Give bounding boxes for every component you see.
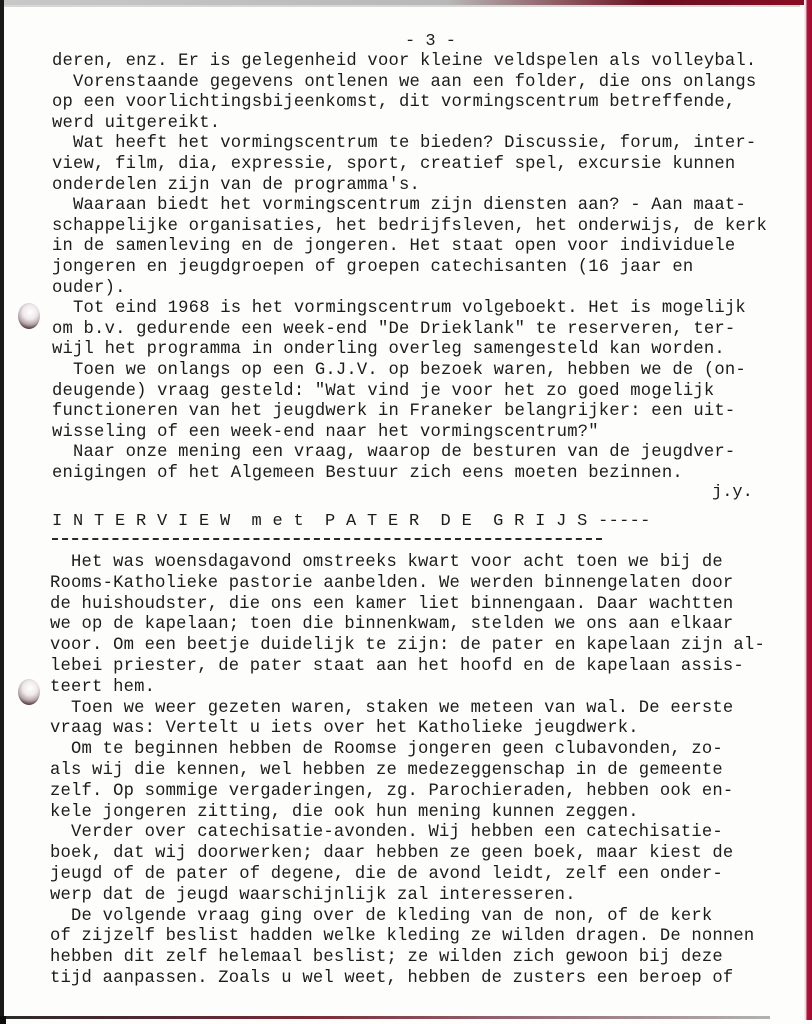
text-line: de huishoudster, die ons een kamer liet …: [50, 595, 733, 615]
text-line: deugende) vraag gesteld: "Wat vind je vo…: [52, 382, 714, 402]
text-line: jongeren en jeugdgroepen of groepen cate…: [52, 258, 693, 278]
text-line: schappelijke organisaties, het bedrijfsl…: [52, 217, 767, 237]
text-line: hebben dit zelf helemaal beslist; ze wil…: [50, 948, 723, 968]
text-line: of zijzelf beslist hadden welke kleding …: [50, 927, 754, 947]
page-number: - 3 -: [405, 32, 456, 51]
text-line: lebei priester, de pater staat aan het h…: [50, 657, 744, 677]
text-line: deren, enz. Er is gelegenheid voor klein…: [52, 52, 756, 72]
text-line: Om te beginnen hebben de Roomse jongeren…: [50, 740, 723, 760]
text-line: vraag was: Vertelt u iets over het Katho…: [50, 719, 639, 739]
text-line: kele jongeren zitting, die ook hun menin…: [50, 803, 639, 823]
bottom-page-edge: [0, 1016, 770, 1019]
text-line: Toen we onlangs op een G.J.V. op bezoek …: [52, 361, 746, 381]
text-line: op een voorlichtingsbijeenkomst, dit vor…: [52, 93, 735, 113]
text-line: enigingen of het Algemeen Bestuur zich e…: [52, 464, 683, 484]
text-line: Toen we weer gezeten waren, staken we me…: [50, 699, 733, 719]
text-line: teert hem.: [50, 678, 155, 698]
text-line: ouder).: [52, 279, 126, 299]
text-line: Wat heeft het vormingscentrum te bieden?…: [52, 134, 756, 154]
text-line: in de samenleving en de jongeren. Het st…: [52, 237, 735, 257]
bottom-left-corner: [0, 1016, 6, 1024]
red-binder-edge: [804, 0, 812, 1020]
document-page: - 3 - deren, enz. Er is gelegenheid voor…: [0, 0, 812, 1024]
section-heading: I N T E R V I E W m e t P A T E R D E G …: [52, 512, 651, 531]
text-line: Naar onze mening een vraag, waarop de be…: [52, 443, 735, 463]
text-line: Waaraan biedt het vormingscentrum zijn d…: [52, 196, 746, 216]
left-page-edge: [0, 0, 4, 1024]
text-line: De volgende vraag ging over de kleding v…: [50, 907, 712, 927]
punch-hole-icon: [18, 303, 40, 329]
text-line: functioneren van het jeugdwerk in Franek…: [52, 402, 735, 422]
text-line: tijd aanpassen. Zoals u wel weet, hebben…: [50, 969, 733, 989]
text-line: onderdelen zijn van de programma's.: [52, 176, 420, 196]
text-line: als wij die kennen, wel hebben ze medeze…: [50, 761, 723, 781]
text-line: Het was woensdagavond omstreeks kwart vo…: [50, 553, 723, 573]
top-page-shadow: [0, 5, 800, 7]
text-line: werp dat de jeugd waarschijnlijk zal int…: [50, 886, 576, 906]
text-line: Verder over catechisatie-avonden. Wij he…: [50, 823, 723, 843]
author-signature: j.y.: [712, 483, 753, 502]
text-line: zelf. Op sommige vergaderingen, zg. Paro…: [50, 782, 733, 802]
punch-hole-icon: [18, 679, 40, 705]
text-line: wijl het programma in onderling overleg …: [52, 340, 725, 360]
text-line: om b.v. gedurende een week-end "De Driek…: [52, 320, 735, 340]
heading-underline: [52, 538, 602, 540]
text-line: werd uitgereikt.: [52, 114, 220, 134]
text-line: Tot eind 1968 is het vormingscentrum vol…: [52, 299, 746, 319]
text-line: Vorenstaande gegevens ontlenen we aan ee…: [52, 73, 756, 93]
text-line: voor. Om een beetje duidelijk te zijn: d…: [50, 636, 765, 656]
text-line: we op de kapelaan; toen die binnenkwam, …: [50, 615, 733, 635]
text-line: view, film, dia, expressie, sport, creat…: [52, 155, 735, 175]
text-line: Rooms-Katholieke pastorie aanbelden. We …: [50, 574, 733, 594]
text-line: wisseling of een week-end naar het vormi…: [52, 423, 599, 443]
text-line: jeugd of de pater of degene, die de avon…: [50, 865, 723, 885]
text-line: boek, dat wij doorwerken; daar hebben ze…: [50, 844, 733, 864]
